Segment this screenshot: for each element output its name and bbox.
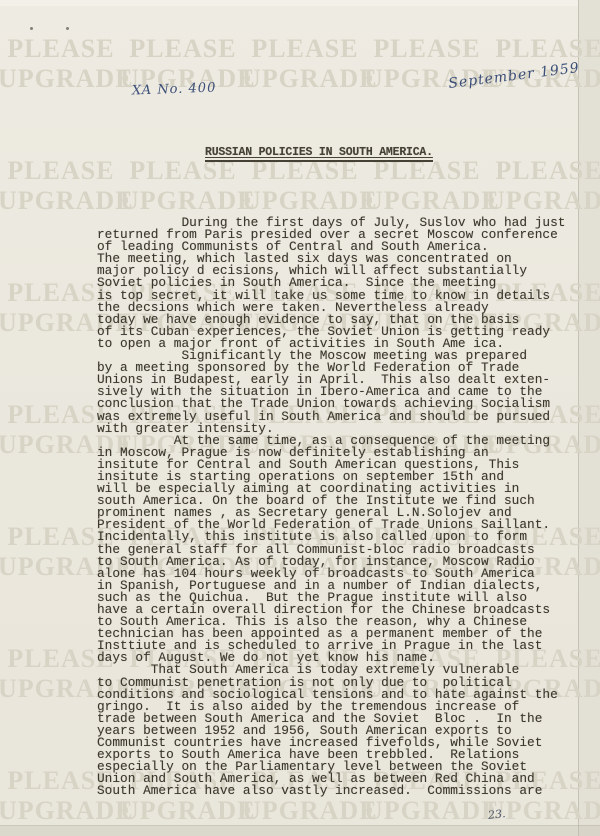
staple-speck bbox=[66, 27, 69, 30]
scan-edge-bottom bbox=[0, 825, 600, 836]
document-body: During the first days of July, Suslov wh… bbox=[97, 217, 577, 798]
watermark-word: UPGRADE bbox=[0, 798, 124, 824]
handwritten-page-number: 23. bbox=[487, 807, 506, 822]
watermark-word: PLEASE bbox=[0, 36, 124, 62]
scan-edge-right bbox=[578, 0, 600, 836]
watermark-word: UPGRADE bbox=[0, 66, 124, 92]
watermark-word: UPGRADE bbox=[120, 798, 246, 824]
staple-speck bbox=[30, 27, 33, 30]
watermark-word: UPGRADE bbox=[242, 188, 368, 214]
handwritten-date: September 1959 bbox=[448, 60, 581, 92]
watermark-word: UPGRADE bbox=[120, 188, 246, 214]
watermark-word: UPGRADE bbox=[364, 188, 490, 214]
watermark-word: PLEASE bbox=[120, 36, 246, 62]
document-title: RUSSIAN POLICIES IN SOUTH AMERICA. bbox=[205, 146, 433, 162]
watermark-word: UPGRADE bbox=[364, 798, 490, 824]
watermark-word: UPGRADE bbox=[242, 798, 368, 824]
watermark-word: UPGRADE bbox=[0, 188, 124, 214]
document-line: South America have also vastly increased… bbox=[97, 785, 577, 797]
scan-edge-top bbox=[0, 0, 600, 6]
watermark-word: PLEASE bbox=[0, 158, 124, 184]
watermark-word: PLEASE bbox=[242, 36, 368, 62]
watermark-word: PLEASE bbox=[364, 36, 490, 62]
watermark-word: UPGRADE bbox=[242, 66, 368, 92]
scanned-document-page: PLEASEPLEASEPLEASEPLEASEPLEASEUPGRADEUPG… bbox=[0, 0, 600, 836]
handwritten-catalog-number: XA No. 400 bbox=[132, 81, 217, 99]
